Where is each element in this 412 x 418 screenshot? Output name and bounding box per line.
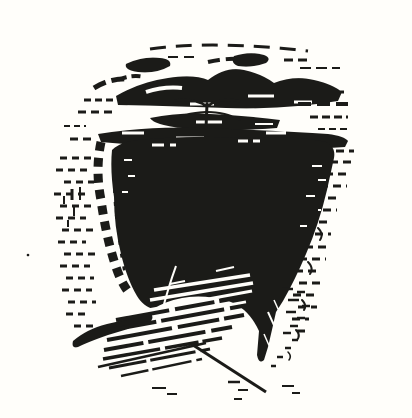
stray-ink-dot (27, 254, 30, 257)
ink-sketch-canvas: Black ink sketch of a dark mine tunnel e… (0, 0, 412, 418)
mine-entrance-illustration: Black ink sketch of a dark mine tunnel e… (0, 0, 412, 418)
